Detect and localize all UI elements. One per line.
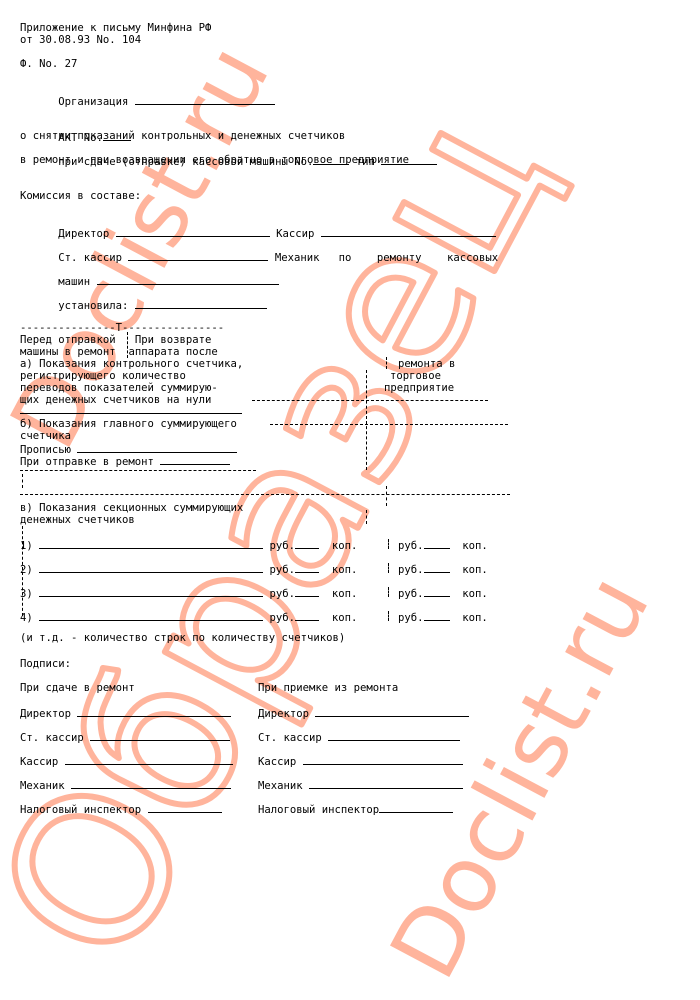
section-b-on-send-row: При отправке в ремонт <box>20 454 230 468</box>
table-rule <box>252 400 488 401</box>
kop-label: коп. <box>462 588 488 600</box>
table-divider <box>386 357 387 369</box>
row-number: 3) <box>20 588 33 600</box>
organization-label: Организация <box>58 96 128 108</box>
row-number: 1) <box>20 540 33 552</box>
on-send-field[interactable] <box>160 454 230 465</box>
section-b-line-1: б) Показания главного суммирующего <box>20 418 237 430</box>
signature-field[interactable] <box>328 730 460 741</box>
col1-header-1: Перед отправкой <box>20 334 116 346</box>
signature-role: Кассир <box>258 756 296 768</box>
signatures-heading: Подписи: <box>20 658 71 670</box>
rub-label: руб. <box>270 588 296 600</box>
signature-field[interactable] <box>71 778 231 789</box>
signature-field[interactable] <box>90 730 230 741</box>
table-header-row-1: Перед отправкой При возврате <box>20 334 211 346</box>
section-a-line-2: регистрирующего количество <box>20 370 186 382</box>
counter-name-field[interactable] <box>39 562 263 573</box>
act-line-1: о снятии показаний контрольных и денежны… <box>20 130 345 142</box>
form-number: Ф. No. 27 <box>20 58 77 70</box>
signature-row-receive: Ст. кассир <box>258 730 460 744</box>
signature-role: Ст. кассир <box>258 732 322 744</box>
counter-row-return: руб. коп. <box>398 586 488 600</box>
on-send-label: При отправке в ремонт <box>20 456 154 468</box>
section-a-field[interactable] <box>20 403 242 414</box>
director-field[interactable] <box>116 226 270 237</box>
senior-cashier-field[interactable] <box>128 250 268 261</box>
table-divider <box>388 539 389 549</box>
kop-label: коп. <box>462 540 488 552</box>
signature-role: Налоговый инспектор <box>258 804 379 816</box>
signatures-right-title: При приемке из ремонта <box>258 682 398 694</box>
signature-field[interactable] <box>148 802 222 813</box>
counter-row-return: руб. коп. <box>398 538 488 552</box>
kop-label: коп. <box>332 612 358 624</box>
kop-label: коп. <box>332 540 358 552</box>
signature-field[interactable] <box>379 802 453 813</box>
rub-return-field[interactable] <box>424 562 450 573</box>
counter-name-field[interactable] <box>39 538 263 549</box>
signature-role: Механик <box>258 780 303 792</box>
commission-heading: Комиссия в составе: <box>20 190 141 202</box>
signature-row-send: Ст. кассир <box>20 730 230 744</box>
counter-row: 2) руб. коп. <box>20 562 357 576</box>
table-divider <box>366 510 367 524</box>
mechanic-label: Механик по ремонту кассовых <box>275 252 498 264</box>
table-divider <box>127 332 128 358</box>
rub-label: руб. <box>398 540 424 552</box>
table-rule <box>20 494 510 495</box>
rub-field[interactable] <box>295 586 319 597</box>
table-divider <box>386 486 387 506</box>
section-a-line-1: а) Показания контрольного счетчика, <box>20 358 243 370</box>
section-c-line-1: в) Показания секционных суммирующих <box>20 502 243 514</box>
organization-field[interactable] <box>135 94 275 105</box>
document-page: Doclist.ru Образец Doclist.ru Приложение… <box>0 0 700 1000</box>
signature-field[interactable] <box>303 754 463 765</box>
table-divider <box>388 563 389 573</box>
established-field[interactable] <box>135 298 267 309</box>
row-number: 2) <box>20 564 33 576</box>
col2-header-5: предприятие <box>384 382 454 394</box>
counter-row-return: руб. коп. <box>398 610 488 624</box>
counter-row: 4) руб. коп. <box>20 610 357 624</box>
kop-label: коп. <box>332 564 358 576</box>
rub-field[interactable] <box>295 562 319 573</box>
commission-established-row: установила: <box>20 286 267 324</box>
counter-row-return: руб. коп. <box>398 562 488 576</box>
signature-field[interactable] <box>309 778 463 789</box>
act-line-3: в ремонт и при возвращении его обратно в… <box>20 154 409 166</box>
signature-role: Директор <box>258 708 309 720</box>
rows-note: (и т.д. - количество строк по количеству… <box>20 632 345 644</box>
table-divider <box>388 611 389 621</box>
appendix-line-2: от 30.08.93 No. 104 <box>20 34 141 46</box>
appendix-line-1: Приложение к письму Минфина РФ <box>20 22 211 34</box>
signature-row-receive: Налоговый инспектор <box>258 802 453 816</box>
counter-row: 1) руб. коп. <box>20 538 357 552</box>
rub-field[interactable] <box>295 610 319 621</box>
col2-header-3: ремонта в <box>398 358 455 370</box>
col1-header-2: машины в ремонт <box>20 346 116 358</box>
mechanic-field[interactable] <box>97 274 279 285</box>
rub-label: руб. <box>398 564 424 576</box>
signature-row-send: Кассир <box>20 754 233 768</box>
rub-label: руб. <box>398 612 424 624</box>
signature-row-send: Механик <box>20 778 231 792</box>
signature-role: Директор <box>20 708 71 720</box>
rub-return-field[interactable] <box>424 538 450 549</box>
signature-row-receive: Механик <box>258 778 463 792</box>
signature-role: Налоговый инспектор <box>20 804 141 816</box>
col2-header-4: торговое <box>390 370 441 382</box>
rub-label: руб. <box>270 540 296 552</box>
signature-row-send: Налоговый инспектор <box>20 802 222 816</box>
signature-field[interactable] <box>315 706 469 717</box>
col2-header-2: аппарата после <box>128 346 217 358</box>
kop-label: коп. <box>462 612 488 624</box>
signature-row-receive: Кассир <box>258 754 463 768</box>
table-divider <box>22 474 23 488</box>
table-divider <box>388 587 389 597</box>
table-divider <box>366 370 367 470</box>
kop-label: коп. <box>332 588 358 600</box>
established-label: установила: <box>58 300 128 312</box>
counter-name-field[interactable] <box>39 610 263 621</box>
counter-name-field[interactable] <box>39 586 263 597</box>
section-a-line-3: переводов показателей суммирую- <box>20 382 218 394</box>
section-b-line-2: счетчика <box>20 430 71 442</box>
signature-role: Механик <box>20 780 65 792</box>
signature-row-receive: Директор <box>258 706 469 720</box>
signature-role: Ст. кассир <box>20 732 84 744</box>
organization-row: Организация <box>20 82 275 120</box>
signature-field[interactable] <box>65 754 233 765</box>
row-number: 4) <box>20 612 33 624</box>
rub-return-field[interactable] <box>424 610 450 621</box>
rub-label: руб. <box>270 564 296 576</box>
counter-row: 3) руб. коп. <box>20 586 357 600</box>
table-rule <box>270 424 508 425</box>
section-c-line-2: денежных счетчиков <box>20 514 135 526</box>
signature-role: Кассир <box>20 756 58 768</box>
signature-field[interactable] <box>77 706 231 717</box>
rub-label: руб. <box>398 588 424 600</box>
col2-header-1: При возврате <box>135 334 212 346</box>
in-words-field[interactable] <box>77 442 237 453</box>
table-header-row-2: машины в ремонт аппарата после <box>20 346 218 358</box>
kop-label: коп. <box>462 564 488 576</box>
rub-return-field[interactable] <box>424 586 450 597</box>
signature-row-send: Директор <box>20 706 231 720</box>
rub-field[interactable] <box>295 538 319 549</box>
signatures-left-title: При сдаче в ремонт <box>20 682 135 694</box>
cashier-field[interactable] <box>321 226 496 237</box>
table-rule <box>20 470 256 471</box>
table-top-rule: ---------------T---------------- <box>20 322 224 334</box>
rub-label: руб. <box>270 612 296 624</box>
